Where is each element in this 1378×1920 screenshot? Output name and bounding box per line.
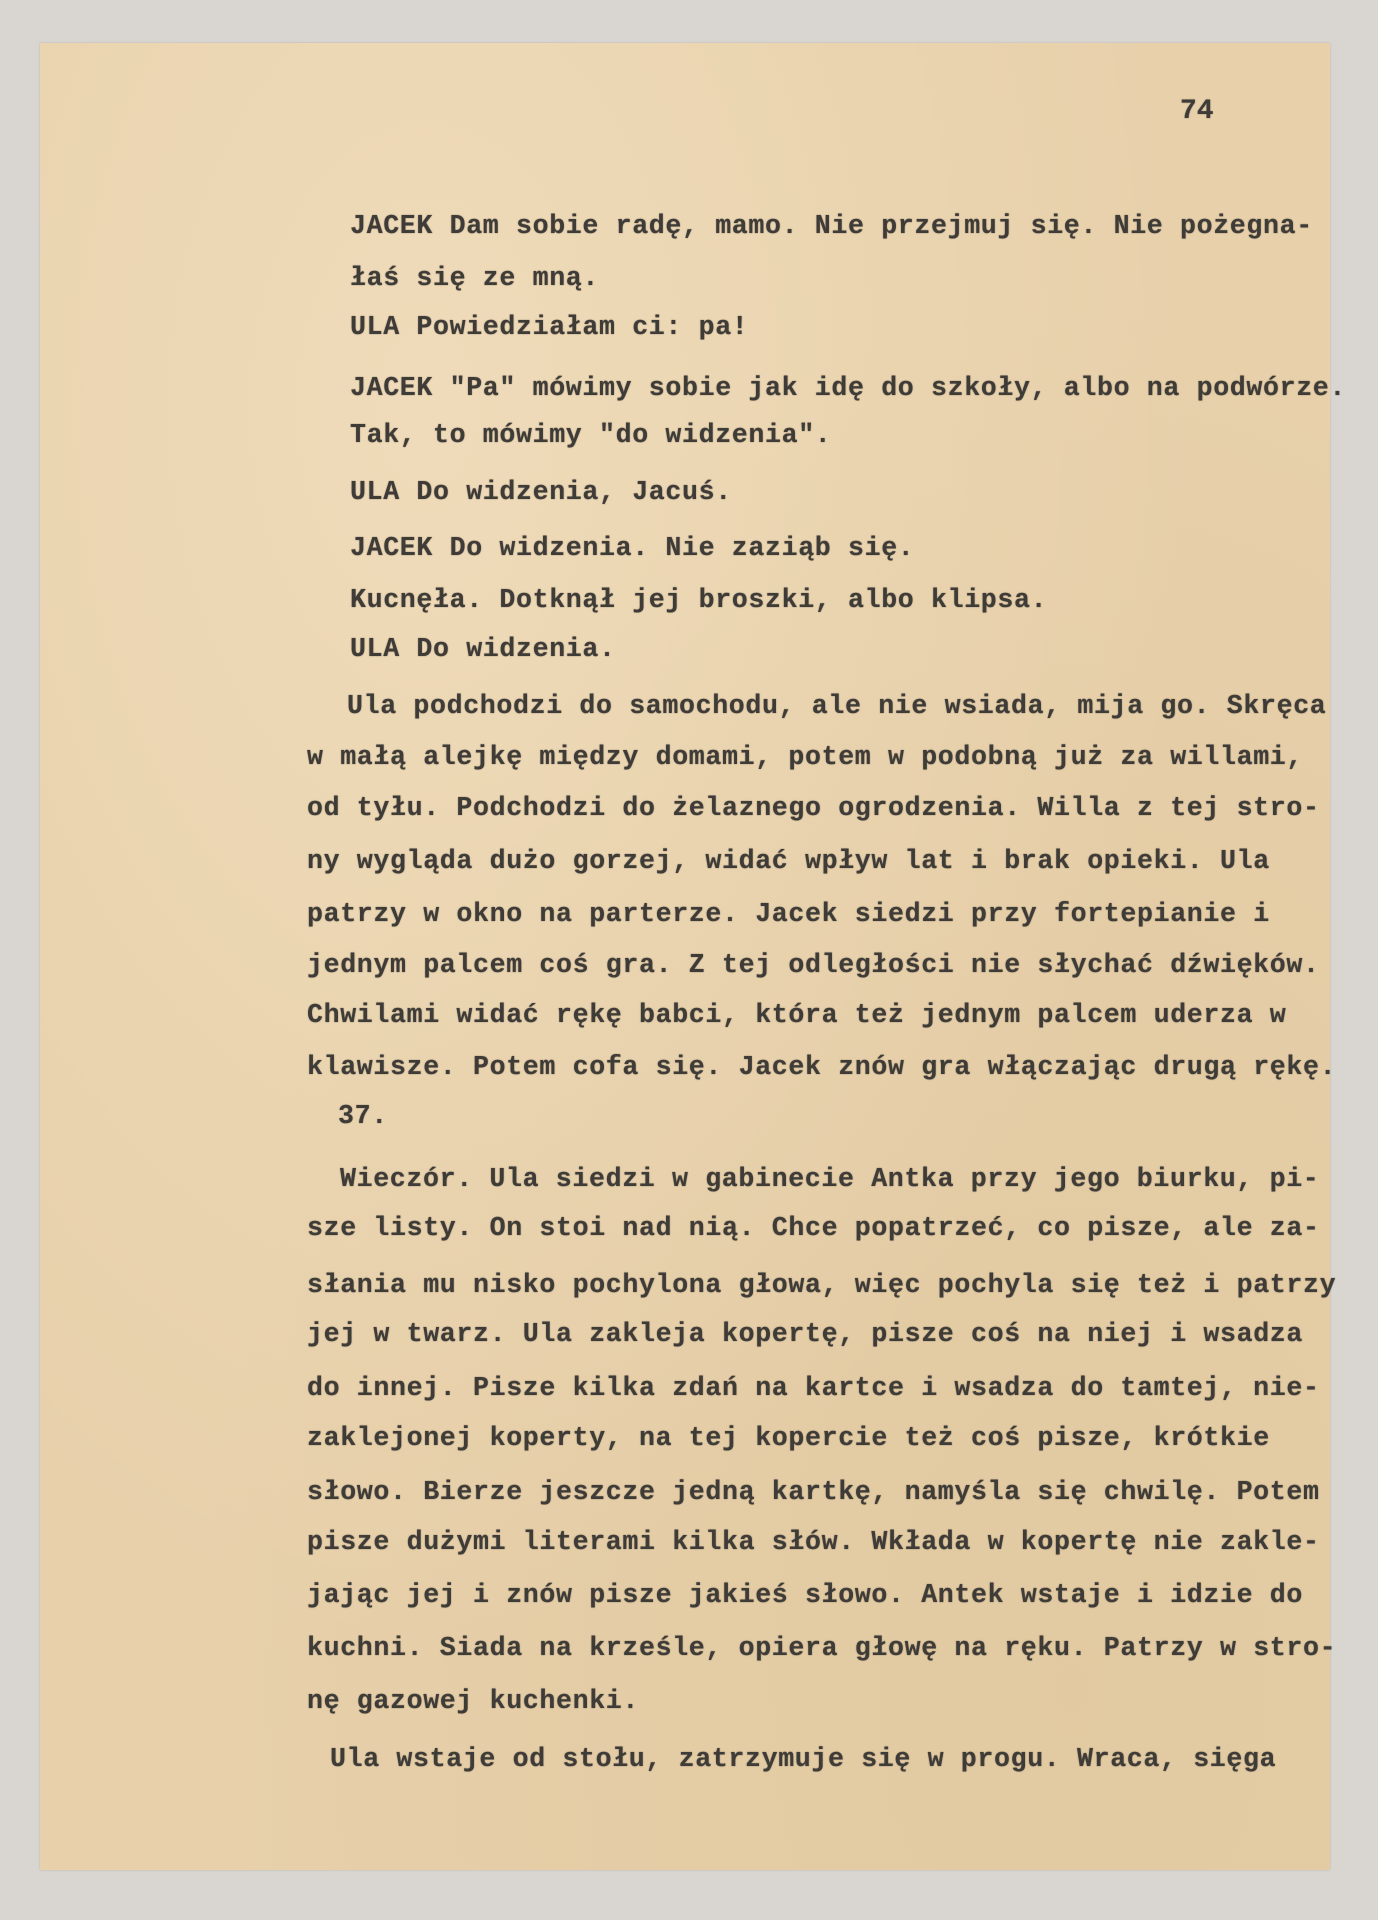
text-line: Tak, to mówimy "do widzenia". xyxy=(350,422,831,449)
text-line: jej w twarz. Ula zakleja kopertę, pisze … xyxy=(307,1321,1303,1348)
text-line: sze listy. On stoi nad nią. Chce popatrz… xyxy=(307,1215,1320,1242)
text-line: jając jej i znów pisze jakieś słowo. Ant… xyxy=(307,1582,1303,1609)
text-line: ULA Powiedziałam ci: pa! xyxy=(350,314,748,341)
text-line: w małą alejkę między domami, potem w pod… xyxy=(307,744,1303,771)
text-line: Ula podchodzi do samochodu, ale nie wsia… xyxy=(347,693,1326,720)
text-line: patrzy w okno na parterze. Jacek siedzi … xyxy=(307,901,1270,928)
text-line: jednym palcem coś gra. Z tej odległości … xyxy=(307,952,1320,979)
text-line: Kucnęła. Dotknął jej broszki, albo klips… xyxy=(350,587,1047,614)
text-line: 37. xyxy=(338,1103,388,1130)
text-line: zaklejonej koperty, na tej kopercie też … xyxy=(307,1425,1270,1452)
text-line: JACEK Dam sobie radę, mamo. Nie przejmuj… xyxy=(350,213,1313,240)
text-line: słania mu nisko pochylona głowa, więc po… xyxy=(307,1272,1336,1299)
text-line: ULA Do widzenia. xyxy=(350,636,616,663)
text-line: ULA Do widzenia, Jacuś. xyxy=(350,479,732,506)
text-line: Chwilami widać rękę babci, która też jed… xyxy=(307,1002,1286,1029)
text-line: klawisze. Potem cofa się. Jacek znów gra… xyxy=(307,1054,1336,1081)
text-line: JACEK Do widzenia. Nie zaziąb się. xyxy=(350,535,914,562)
text-line: od tyłu. Podchodzi do żelaznego ogrodzen… xyxy=(307,795,1320,822)
text-line: ny wygląda dużo gorzej, widać wpływ lat … xyxy=(307,848,1270,875)
text-line: Ula wstaje od stołu, zatrzymuje się w pr… xyxy=(330,1746,1276,1773)
text-line: kuchni. Siada na krześle, opiera głowę n… xyxy=(307,1635,1336,1662)
text-line: Wieczór. Ula siedzi w gabinecie Antka pr… xyxy=(340,1166,1319,1193)
text-line: JACEK "Pa" mówimy sobie jak idę do szkoł… xyxy=(350,375,1346,402)
page-number: 74 xyxy=(1180,96,1214,127)
text-line: łaś się ze mną. xyxy=(350,265,599,292)
text-line: do innej. Pisze kilka zdań na kartce i w… xyxy=(307,1375,1320,1402)
text-line: nę gazowej kuchenki. xyxy=(307,1688,639,1715)
text-line: słowo. Bierze jeszcze jedną kartkę, namy… xyxy=(307,1479,1320,1506)
text-line: pisze dużymi literami kilka słów. Wkłada… xyxy=(307,1529,1320,1556)
